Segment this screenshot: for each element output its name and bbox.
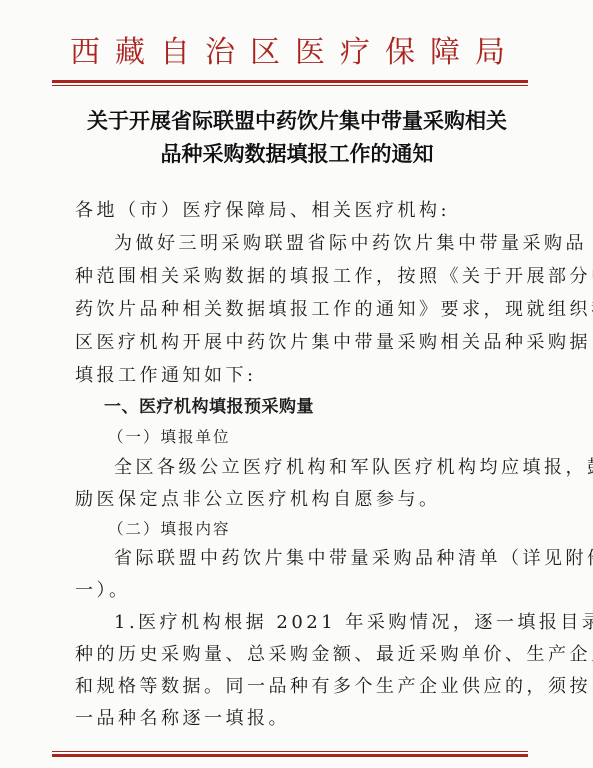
item-1-line-4: 一品种名称逐一填报。 — [75, 706, 525, 732]
section-1-heading: 一、医疗机构填报预采购量 — [104, 394, 554, 420]
intro-line-3: 药饮片品种相关数据填报工作的通知》要求，现就组织我 — [75, 297, 525, 323]
intro-line-5: 填报工作通知如下: — [75, 363, 525, 389]
intro-line-4: 区医疗机构开展中药饮片集中带量采购相关品种采购据 — [75, 330, 525, 356]
subsection-2-heading: （二）填报内容 — [108, 516, 558, 542]
salutation: 各地（市）医疗保障局、相关医疗机构: — [75, 198, 525, 224]
footer-rule-thin — [52, 751, 528, 752]
header-rule-thick — [52, 80, 528, 83]
document-title-line-2: 品种采购数据填报工作的通知 — [52, 137, 542, 170]
subsection-2-text-line-2: 一）。 — [75, 578, 525, 604]
subsection-2-text-line-1: 省际联盟中药饮片集中带量采购品种清单（详见附件 — [114, 546, 564, 572]
document-page: 西藏自治区医疗保障局 关于开展省际联盟中药饮片集中带量采购相关 品种采购数据填报… — [0, 0, 593, 768]
document-title-line-1: 关于开展省际联盟中药饮片集中带量采购相关 — [52, 104, 542, 137]
header-rule-thin — [52, 85, 528, 86]
subsection-1-text-line-2: 励医保定点非公立医疗机构自愿参与。 — [75, 487, 525, 513]
subsection-1-text-line-1: 全区各级公立医疗机构和军队医疗机构均应填报，鼓 — [114, 455, 564, 481]
organization-header: 西藏自治区医疗保障局 — [60, 32, 530, 74]
intro-line-2: 种范围相关采购数据的填报工作，按照《关于开展部分中 — [75, 264, 525, 290]
intro-line-1: 为做好三明采购联盟省际中药饮片集中带量采购品 — [114, 231, 564, 257]
item-1-line-3: 和规格等数据。同一品种有多个生产企业供应的，须按同 — [75, 674, 525, 700]
document-title: 关于开展省际联盟中药饮片集中带量采购相关 品种采购数据填报工作的通知 — [52, 104, 542, 170]
subsection-1-heading: （一）填报单位 — [108, 424, 558, 450]
footer-rule-thick — [52, 754, 528, 757]
item-1-line-2: 种的历史采购量、总采购金额、最近采购单价、生产企业 — [75, 642, 525, 668]
item-1-line-1: 1.医疗机构根据 2021 年采购情况，逐一填报目录品 — [114, 610, 564, 636]
